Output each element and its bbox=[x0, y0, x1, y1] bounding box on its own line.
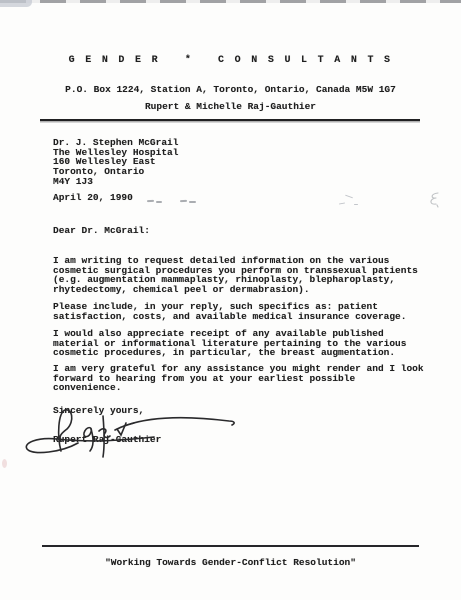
scan-artifact-dash bbox=[147, 200, 154, 202]
pencil-mark bbox=[354, 204, 358, 205]
scan-artifact-top-edge bbox=[0, 0, 461, 3]
footer-motto: "Working Towards Gender-Conflict Resolut… bbox=[0, 558, 461, 568]
letterhead-divider bbox=[40, 119, 420, 121]
scan-artifact-dash bbox=[189, 201, 196, 203]
pencil-mark-icon bbox=[427, 191, 441, 208]
letter-date: April 20, 1990 bbox=[53, 193, 133, 203]
body-paragraph: Please include, in your reply, such spec… bbox=[53, 302, 406, 321]
scan-artifact-dash bbox=[156, 201, 162, 203]
body-paragraph: I am writing to request detailed informa… bbox=[53, 256, 418, 295]
scan-artifact-pink-dot bbox=[2, 459, 7, 468]
letter-page: G E N D E R * C O N S U L T A N T S P.O.… bbox=[0, 0, 461, 600]
body-paragraph: I would also appreciate receipt of any a… bbox=[53, 329, 406, 358]
org-name: G E N D E R * C O N S U L T A N T S bbox=[0, 56, 461, 66]
pencil-mark bbox=[345, 195, 353, 199]
signature-icon bbox=[24, 402, 246, 460]
org-address: P.O. Box 1224, Station A, Toronto, Ontar… bbox=[0, 85, 461, 95]
body-paragraph: I am very grateful for any assistance yo… bbox=[53, 364, 424, 393]
scan-artifact-corner-blob bbox=[0, 0, 32, 7]
scan-artifact-dash bbox=[180, 200, 187, 202]
salutation: Dear Dr. McGrail: bbox=[53, 226, 150, 236]
org-principals: Rupert & Michelle Raj-Gauthier bbox=[0, 102, 461, 112]
pencil-mark bbox=[339, 202, 345, 204]
footer-divider bbox=[42, 545, 419, 547]
recipient-address: Dr. J. Stephen McGrail The Wellesley Hos… bbox=[53, 138, 178, 187]
